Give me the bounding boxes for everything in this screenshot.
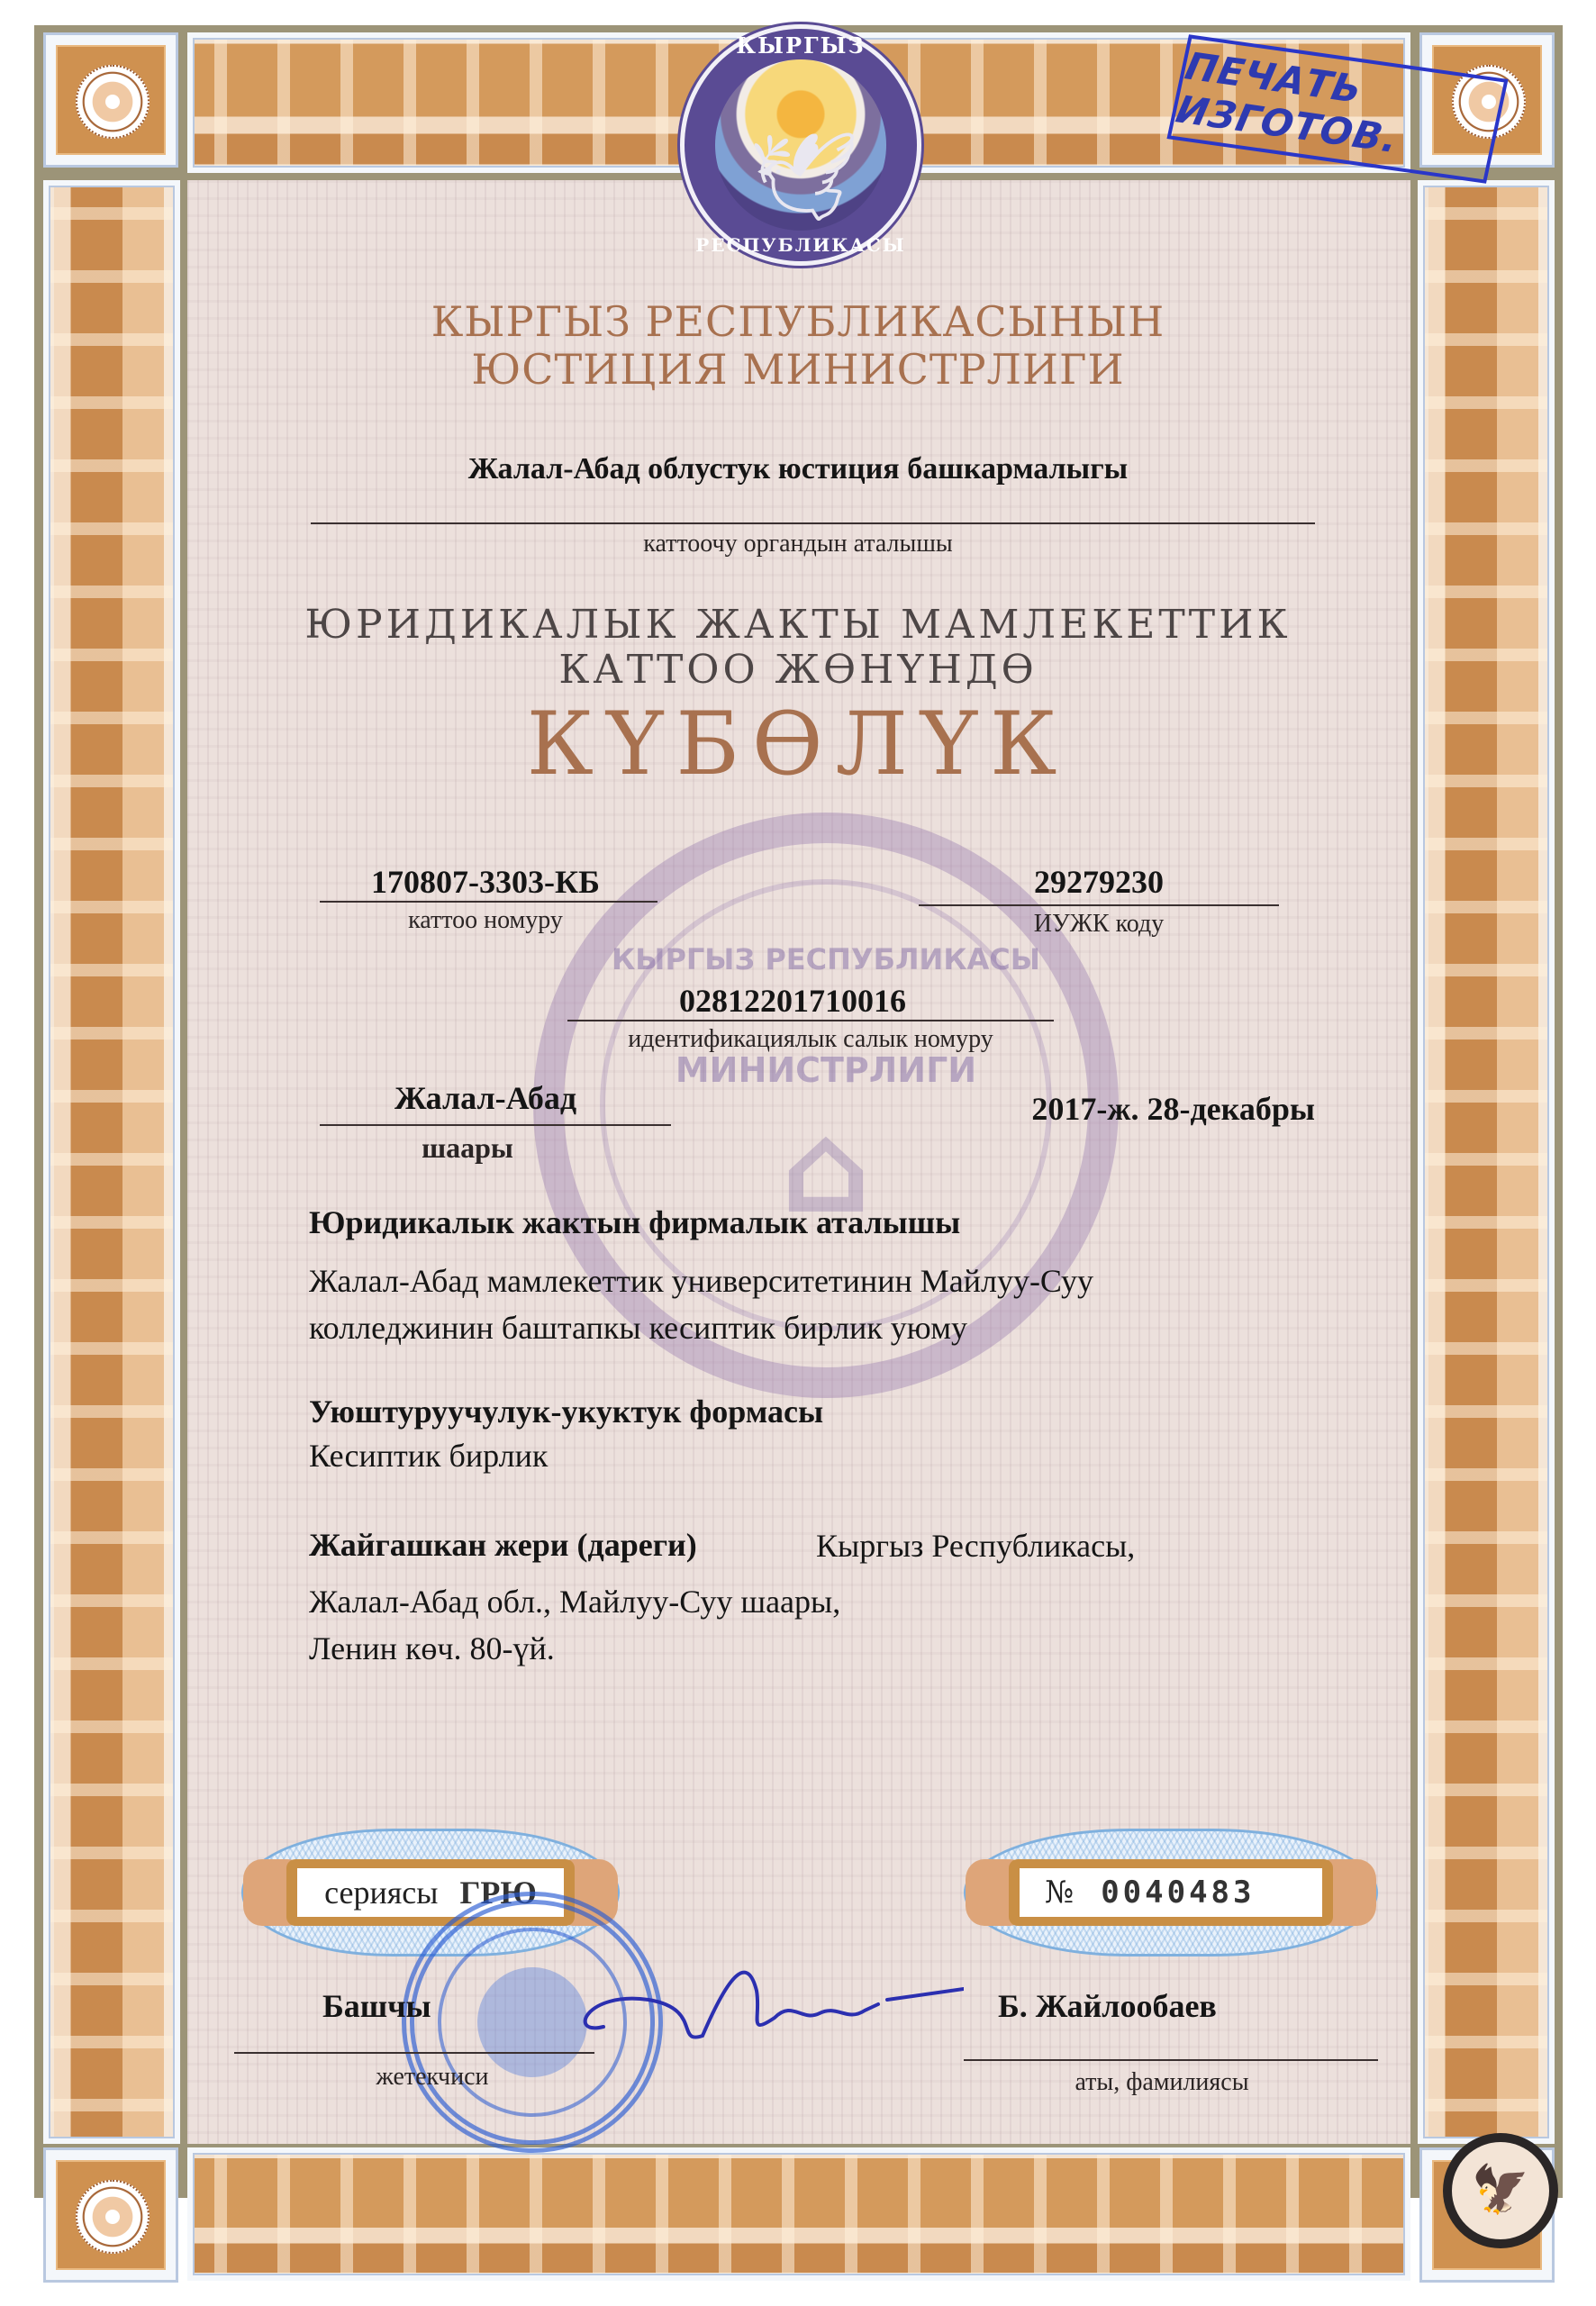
eagle-icon: 🕊 [749,128,852,227]
tax-id-caption: идентификациялык салык номуру [567,1025,1054,1054]
state-emblem: 🕊 КЫРГЫЗ РЕСПУБЛИКАСЫ [685,29,917,261]
number-plate: № 0040483 [964,1829,1378,1956]
address-label: Жайгашкан жери (дареги) [309,1526,697,1564]
emblem-bottom-text: РЕСПУБЛИКАСЫ [685,234,917,256]
company-name-value: Жалал-Абад мамлекеттик университетинин М… [309,1257,1093,1351]
legal-form-value: Кесиптик бирлик [309,1432,548,1479]
corner-rosette-bottom-left [43,2147,178,2283]
company-name-line: колледжинин баштапкы кесиптик бирлик уюм… [309,1304,1093,1351]
border-band-bottom [187,2147,1410,2281]
number-sign: № [1045,1875,1074,1911]
divider [311,522,1315,524]
registration-number-caption: каттоо номуру [319,906,652,935]
divider [919,904,1279,906]
ministry-title-line2: ЮСТИЦИЯ МИНИСТРЛИГИ [0,345,1596,394]
divider [964,2059,1378,2061]
legal-form-label: Уюштуруучулук-укуктук формасы [309,1393,823,1430]
company-name-line: Жалал-Абад мамлекеттик университетинин М… [309,1257,1093,1304]
okpo-code-value: 29279230 [919,863,1279,901]
seal-arc-text: КЫРГЫЗ РЕСПУБЛИКАСЫ [564,942,1088,976]
company-name-label: Юридикалык жактын фирмалык аталышы [309,1203,960,1241]
ministry-title-line1: КЫРГЫЗ РЕСПУБЛИКАСЫНЫН [0,297,1596,346]
signatory-position: Башчы [322,1987,431,2025]
address-line-1: Кыргыз Республикасы, [816,1522,1135,1569]
emblem-top-text: КЫРГЫЗ [685,32,917,59]
tax-id-value: 02812201710016 [567,982,1018,1020]
address-line-3: Ленин көч. 80-үй. [309,1625,555,1672]
rosette-icon [76,65,150,139]
divider [234,2052,594,2054]
city-value: Жалал-Абад [319,1079,652,1117]
registering-body-caption: каттоочу органдын аталышы [0,530,1596,558]
okpo-code-caption: ИУЖК коду [919,910,1279,939]
document-title-line2: КАТТОО ЖӨНҮНДӨ [0,647,1596,693]
rosette-icon [76,2180,150,2254]
registration-number-value: 170807-3303-КБ [319,863,652,901]
signatory-name-caption: аты, фамилиясы [1027,2068,1297,2097]
signatory-name: Б. Жайлообаев [998,1987,1217,2025]
divider [320,901,657,903]
document-title-main: КҮБӨЛҮК [0,694,1596,794]
divider [567,1020,1054,1021]
divider [320,1124,671,1126]
city-caption: шаары [319,1131,616,1165]
certificate-number: 0040483 [1101,1875,1255,1911]
registration-date: 2017-ж. 28-декабры [955,1090,1315,1128]
corner-rosette-top-left [43,32,178,168]
eagle-emblem-icon: 🦅 [1452,2142,1549,2239]
series-label: сериясы [324,1874,438,1911]
document-title-line1: ЮРИДИКАЛЫК ЖАКТЫ МАМЛЕКЕТТИК [0,602,1596,648]
address-line-2: Жалал-Абад обл., Майлуу-Суу шаары, [309,1578,840,1625]
signatory-position-caption: жетекчиси [324,2063,540,2092]
registering-body-value: Жалал-Абад облустук юстиция башкармалыгы [0,452,1596,486]
signature-icon [567,1937,964,2054]
